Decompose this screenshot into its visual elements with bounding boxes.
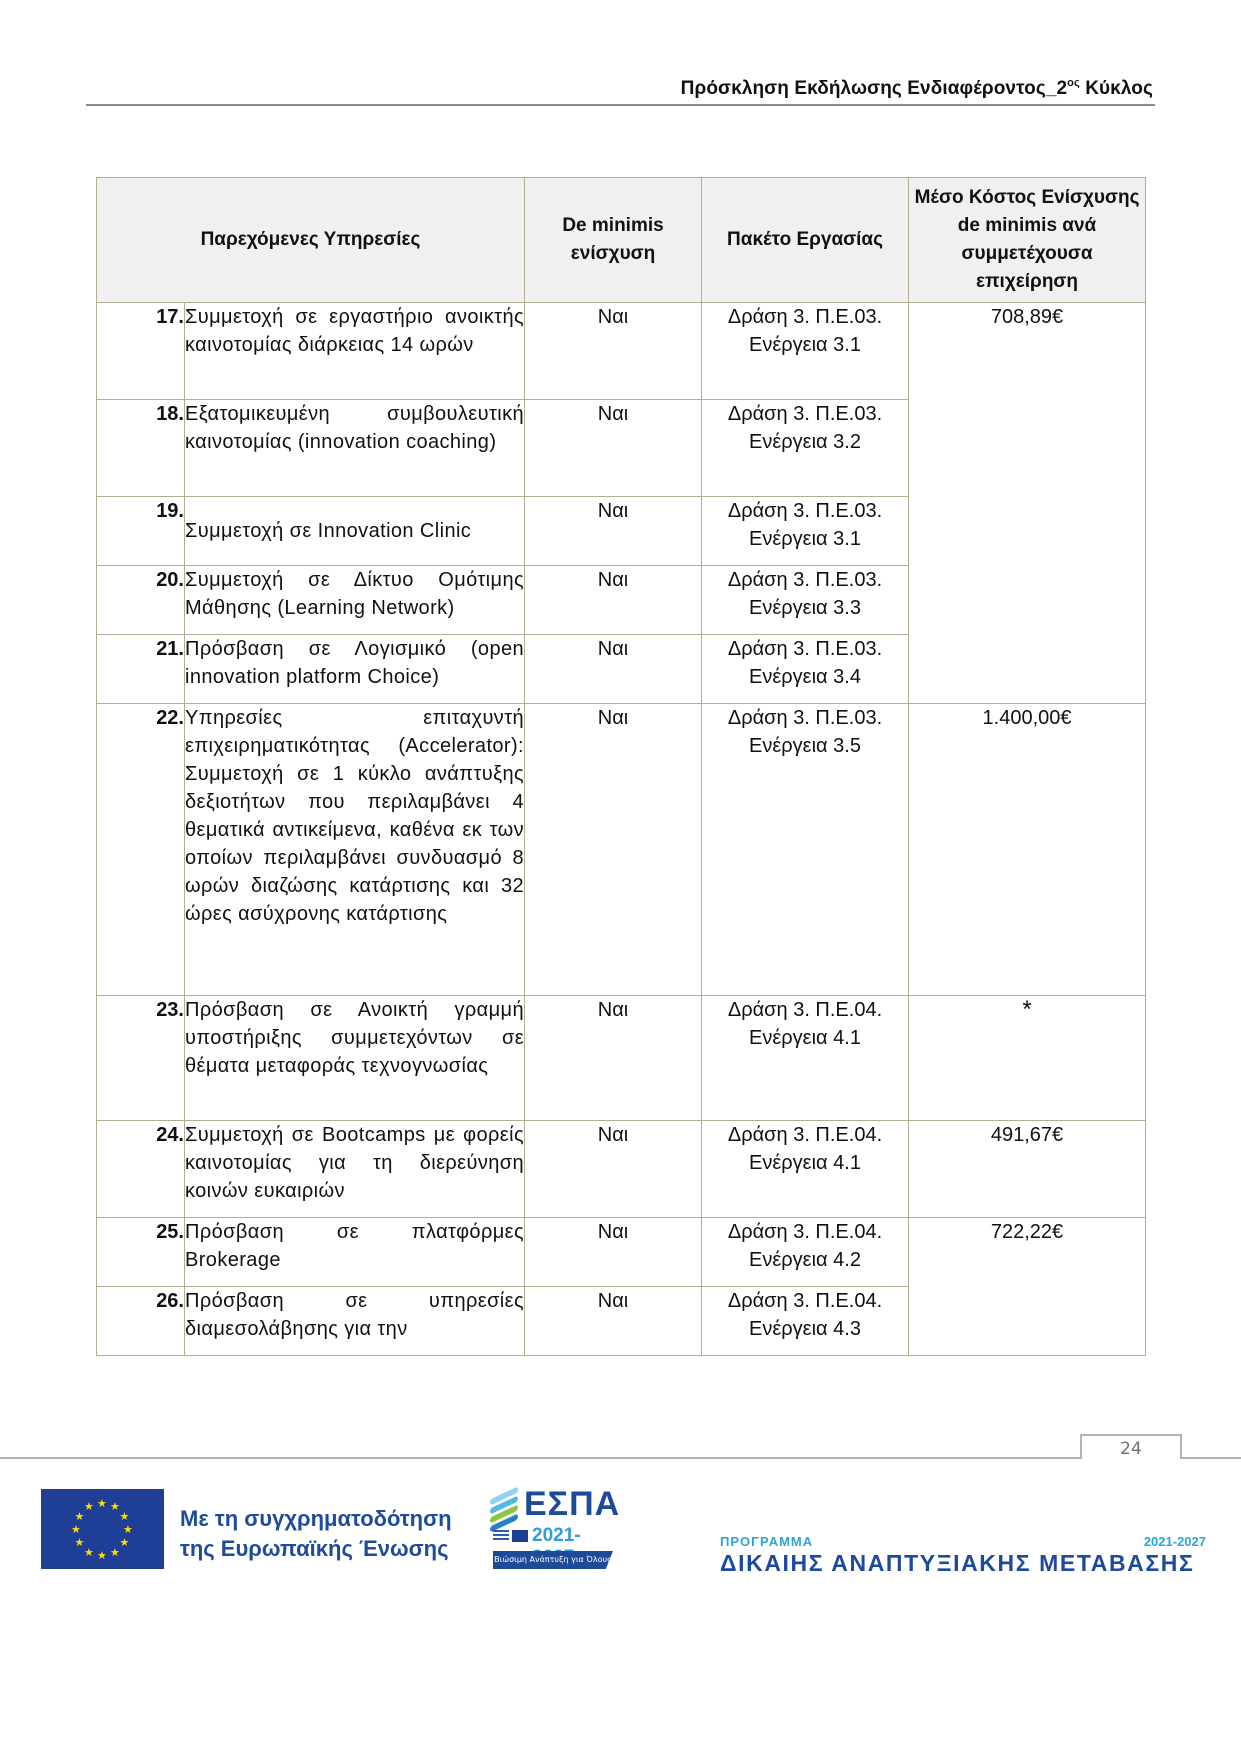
eu-star-icon: ★: [123, 1524, 133, 1535]
service-description: Συμμετοχή σε Bootcamps με φορείς καινοτο…: [185, 1121, 525, 1218]
work-package: Δράση 3. Π.Ε.03.Ενέργεια 3.5: [702, 704, 909, 996]
eu-cofunding-text: Με τη συγχρηματοδότηση της Ευρωπαϊκής Έν…: [180, 1504, 452, 1564]
table-row: 22. Υπηρεσίες επιταχυντή επιχειρηματικότ…: [97, 704, 1146, 996]
table-header-row: Παρεχόμενες Υπηρεσίες De minimis ενίσχυσ…: [97, 178, 1146, 303]
service-description: Πρόσβαση σε Ανοικτή γραμμή υποστήριξης σ…: [185, 996, 525, 1121]
pkg-activity: Ενέργεια 4.1: [702, 1149, 908, 1177]
espa-tagline: Βιώσιμη Ανάπτυξη για Όλους: [493, 1551, 613, 1569]
page-header: Πρόσκληση Εκδήλωσης Ενδιαφέροντος_2ος Κύ…: [86, 74, 1155, 106]
deminimis-value: Ναι: [525, 400, 702, 497]
table-row: 25. Πρόσβαση σε πλατφόρμες Brokerage Ναι…: [97, 1218, 1146, 1287]
deminimis-value: Ναι: [525, 635, 702, 704]
work-package: Δράση 3. Π.Ε.04.Ενέργεια 4.3: [702, 1287, 909, 1356]
service-description: Πρόσβαση σε υπηρεσίες διαμεσολάβησης για…: [185, 1287, 525, 1356]
pkg-action: Δράση 3. Π.Ε.04.: [702, 1287, 908, 1315]
service-description: Πρόσβαση σε πλατφόρμες Brokerage: [185, 1218, 525, 1287]
page-number: 24: [1120, 1439, 1142, 1459]
pkg-activity: Ενέργεια 3.1: [702, 331, 908, 359]
pkg-action: Δράση 3. Π.Ε.04.: [702, 1218, 908, 1246]
row-number: 23.: [97, 996, 185, 1121]
row-number: 22.: [97, 704, 185, 996]
espa-logo: ΕΣΠΑ 2021-2027 Βιώσιμη Ανάπτυξη για Όλου…: [490, 1487, 620, 1577]
deminimis-value: Ναι: [525, 497, 702, 566]
row-number: 24.: [97, 1121, 185, 1218]
pkg-action: Δράση 3. Π.Ε.03.: [702, 704, 908, 732]
table-row: 24. Συμμετοχή σε Bootcamps με φορείς και…: [97, 1121, 1146, 1218]
work-package: Δράση 3. Π.Ε.03.Ενέργεια 3.2: [702, 400, 909, 497]
pkg-activity: Ενέργεια 3.4: [702, 663, 908, 691]
service-description: Υπηρεσίες επιταχυντή επιχειρηματικότητας…: [185, 704, 525, 996]
eu-star-icon: ★: [120, 1537, 130, 1548]
service-description: Συμμετοχή σε εργαστήριο ανοικτής καινοτο…: [185, 303, 525, 400]
pkg-action: Δράση 3. Π.Ε.03.: [702, 566, 908, 594]
services-table: Παρεχόμενες Υπηρεσίες De minimis ενίσχυσ…: [96, 177, 1146, 1356]
service-description: Εξατομικευμένη συμβουλευτική καινοτομίας…: [185, 400, 525, 497]
title-main: Πρόσκληση Εκδήλωσης Ενδιαφέροντος_2: [681, 78, 1068, 99]
document-title: Πρόσκληση Εκδήλωσης Ενδιαφέροντος_2ος Κύ…: [681, 77, 1153, 100]
pkg-action: Δράση 3. Π.Ε.04.: [702, 1121, 908, 1149]
pkg-activity: Ενέργεια 4.3: [702, 1315, 908, 1343]
program-label: ΠΡΟΓΡΑΜΜΑ: [720, 1534, 813, 1549]
eu-star-icon: ★: [84, 1547, 94, 1558]
col-header-deminimis: De minimis ενίσχυση: [525, 178, 702, 303]
table-row: 23. Πρόσβαση σε Ανοικτή γραμμή υποστήριξ…: [97, 996, 1146, 1121]
deminimis-value: Ναι: [525, 1218, 702, 1287]
work-package: Δράση 3. Π.Ε.03.Ενέργεια 3.1: [702, 303, 909, 400]
title-tail: Κύκλος: [1080, 78, 1153, 99]
col-header-avg-cost: Μέσο Κόστος Ενίσχυσης de minimis ανά συμ…: [909, 178, 1146, 303]
deminimis-value: Ναι: [525, 566, 702, 635]
deminimis-value: Ναι: [525, 303, 702, 400]
avg-cost-23: *: [909, 996, 1146, 1121]
pkg-action: Δράση 3. Π.Ε.03.: [702, 303, 908, 331]
avg-cost-24: 491,67€: [909, 1121, 1146, 1218]
eu-star-icon: ★: [74, 1537, 84, 1548]
row-number: 19.: [97, 497, 185, 566]
avg-cost-22: 1.400,00€: [909, 704, 1146, 996]
col-header-work-package: Πακέτο Εργασίας: [702, 178, 909, 303]
page-number-box: 24: [1080, 1434, 1182, 1459]
row-number: 17.: [97, 303, 185, 400]
col-header-services: Παρεχόμενες Υπηρεσίες: [97, 178, 525, 303]
eu-star-icon: ★: [71, 1524, 81, 1535]
deminimis-value: Ναι: [525, 704, 702, 996]
work-package: Δράση 3. Π.Ε.03.Ενέργεια 3.4: [702, 635, 909, 704]
work-package: Δράση 3. Π.Ε.04.Ενέργεια 4.2: [702, 1218, 909, 1287]
service-description: Συμμετοχή σε Innovation Clinic: [185, 497, 525, 566]
eu-text-line1: Με τη συγχρηματοδότηση: [180, 1504, 452, 1534]
footer-divider: [0, 1457, 1080, 1459]
avg-cost-25-26: 722,22€: [909, 1218, 1146, 1356]
pkg-activity: Ενέργεια 3.2: [702, 428, 908, 456]
table-row: 17. Συμμετοχή σε εργαστήριο ανοικτής και…: [97, 303, 1146, 400]
pkg-activity: Ενέργεια 4.1: [702, 1024, 908, 1052]
pkg-activity: Ενέργεια 3.1: [702, 525, 908, 553]
eu-text-line2: της Ευρωπαϊκής Ένωσης: [180, 1534, 452, 1564]
deminimis-value: Ναι: [525, 1287, 702, 1356]
program-years: 2021-2027: [1144, 1534, 1206, 1549]
program-name: ΔΙΚΑΙΗΣ ΑΝΑΠΤΥΞΙΑΚΗΣ ΜΕΤΑΒΑΣΗΣ: [720, 1550, 1194, 1577]
row-number: 25.: [97, 1218, 185, 1287]
title-superscript: ος: [1067, 77, 1080, 89]
work-package: Δράση 3. Π.Ε.03.Ενέργεια 3.1: [702, 497, 909, 566]
pkg-activity: Ενέργεια 3.5: [702, 732, 908, 760]
deminimis-value: Ναι: [525, 1121, 702, 1218]
pkg-activity: Ενέργεια 4.2: [702, 1246, 908, 1274]
eu-star-icon: ★: [84, 1501, 94, 1512]
pkg-activity: Ενέργεια 3.3: [702, 594, 908, 622]
deminimis-value: Ναι: [525, 996, 702, 1121]
work-package: Δράση 3. Π.Ε.03.Ενέργεια 3.3: [702, 566, 909, 635]
pkg-action: Δράση 3. Π.Ε.04.: [702, 996, 908, 1024]
work-package: Δράση 3. Π.Ε.04.Ενέργεια 4.1: [702, 1121, 909, 1218]
row-number: 21.: [97, 635, 185, 704]
eu-star-icon: ★: [97, 1550, 107, 1561]
eu-star-icon: ★: [74, 1511, 84, 1522]
eu-star-icon: ★: [97, 1498, 107, 1509]
eu-flag-icon: ★★★★★★★★★★★★: [41, 1489, 164, 1569]
row-number: 26.: [97, 1287, 185, 1356]
pkg-action: Δράση 3. Π.Ε.03.: [702, 400, 908, 428]
row-number: 18.: [97, 400, 185, 497]
eu-star-icon: ★: [110, 1547, 120, 1558]
work-package: Δράση 3. Π.Ε.04.Ενέργεια 4.1: [702, 996, 909, 1121]
avg-cost-17-21: 708,89€: [909, 303, 1146, 704]
espa-word: ΕΣΠΑ: [524, 1485, 620, 1524]
pkg-action: Δράση 3. Π.Ε.03.: [702, 497, 908, 525]
footer-divider-right: [1180, 1457, 1241, 1459]
greece-eu-flags-icon: [493, 1530, 529, 1542]
pkg-action: Δράση 3. Π.Ε.03.: [702, 635, 908, 663]
service-description: Πρόσβαση σε Λογισμικό (open innovation p…: [185, 635, 525, 704]
eu-star-icon: ★: [110, 1501, 120, 1512]
eu-star-icon: ★: [120, 1511, 130, 1522]
service-description: Συμμετοχή σε Δίκτυο Ομότιμης Μάθησης (Le…: [185, 566, 525, 635]
espa-waves-icon: [490, 1493, 520, 1531]
row-number: 20.: [97, 566, 185, 635]
